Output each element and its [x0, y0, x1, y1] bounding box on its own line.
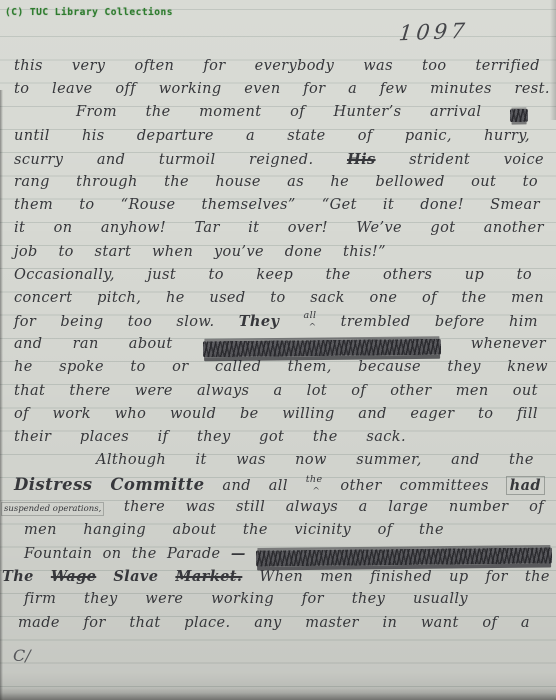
manuscript-word: he	[330, 174, 349, 190]
inserted-word: all^	[304, 314, 317, 330]
manuscript-line: themto“Rousethemselves”“Getitdone!Smear	[14, 197, 540, 220]
manuscript-line: menhangingaboutthevicinityofthe	[24, 522, 444, 545]
manuscript-word: he	[14, 359, 33, 375]
manuscript-word: over!	[288, 220, 328, 236]
manuscript-word: whenever	[471, 336, 546, 352]
manuscript-word: just	[147, 267, 176, 283]
manuscript-word: and	[358, 406, 386, 422]
manuscript-word: arrival	[430, 104, 481, 120]
manuscript-word: because	[358, 359, 421, 375]
manuscript-word: to	[58, 244, 73, 260]
manuscript-word: too	[128, 314, 153, 330]
insertion-caret: ^	[312, 487, 320, 497]
manuscript-word: even	[244, 81, 280, 97]
paper-edge-shadow-left	[0, 90, 3, 700]
manuscript-word: Smear	[490, 197, 540, 213]
manuscript-line: rangthroughthehouseashebellowedoutto	[14, 174, 538, 197]
manuscript-word: out	[513, 383, 538, 399]
manuscript-word: still	[236, 499, 265, 515]
manuscript-line: itonanyhow!Taritover!We’vegotanother	[14, 220, 544, 243]
manuscript-word: for	[303, 81, 325, 97]
manuscript-word: they	[84, 591, 118, 607]
manuscript-word: it	[383, 197, 394, 213]
manuscript-word: Although	[96, 452, 166, 468]
manuscript-word: would	[170, 406, 216, 422]
manuscript-word: a	[274, 383, 283, 399]
manuscript-line: concertpitch,heusedtosackoneofthemen	[14, 290, 544, 313]
page-number: 1097	[397, 19, 469, 46]
manuscript-word: bellowed	[375, 174, 444, 190]
manuscript-word: always	[286, 499, 338, 515]
manuscript-word: off	[115, 81, 136, 97]
manuscript-word: it	[196, 452, 207, 468]
manuscript-word: of	[14, 406, 29, 422]
manuscript-word: minutes	[430, 81, 492, 97]
manuscript-word: Distress	[14, 475, 92, 494]
manuscript-word: everybody	[255, 58, 335, 74]
manuscript-word: Hunter’s	[334, 104, 402, 120]
manuscript-line: andranaboutwhenever	[14, 336, 546, 359]
manuscript-word: rang	[14, 174, 50, 190]
manuscript-word: sack	[310, 290, 345, 306]
manuscript-word: Tar	[194, 220, 219, 236]
manuscript-line: Occasionally,justtokeeptheothersupto	[14, 267, 532, 290]
manuscript-word: to	[517, 267, 532, 283]
manuscript-word: the	[462, 290, 487, 306]
inserted-word: the^	[306, 478, 323, 494]
manuscript-word: Slave	[113, 568, 158, 585]
manuscript-word: done	[285, 244, 323, 260]
manuscript-word: of	[351, 383, 366, 399]
manuscript-word: be	[240, 406, 259, 422]
manuscript-word: moment	[199, 104, 261, 120]
manuscript-word: was	[363, 58, 393, 74]
manuscript-word: they	[197, 429, 231, 445]
insertion-caret: ^	[309, 323, 317, 333]
manuscript-word: Market.	[175, 568, 242, 585]
manuscript-line: DistressCommitteandallthe^othercommittee…	[14, 475, 544, 498]
manuscript-word: out	[471, 174, 496, 190]
manuscript-word: want	[421, 615, 459, 631]
manuscript-word: a	[246, 128, 255, 144]
manuscript-line: theirplacesiftheygotthesack.	[14, 429, 406, 452]
manuscript-word: one	[369, 290, 397, 306]
manuscript-word: him	[509, 314, 538, 330]
manuscript-line: ofworkwhowouldbewillingandeagertofill	[14, 406, 538, 429]
manuscript-word: always	[197, 383, 249, 399]
manuscript-word: there	[69, 383, 110, 399]
manuscript-line: suspended operations,therewasstillalways…	[2, 499, 544, 522]
manuscript-word: hanging	[83, 522, 146, 538]
manuscript-word: anyhow!	[101, 220, 166, 236]
manuscript-word: concert	[14, 290, 72, 306]
manuscript-word: themselves”	[202, 197, 296, 213]
manuscript-word: “Get	[322, 197, 357, 213]
manuscript-word: men	[320, 569, 353, 585]
manuscript-line: thattherewerealwaysalotofothermenout	[14, 383, 538, 406]
manuscript-word: were	[135, 383, 173, 399]
manuscript-word: about	[173, 522, 217, 538]
manuscript-word: too	[422, 58, 447, 74]
inserted-phrase: had	[507, 477, 544, 494]
manuscript-word: they	[352, 591, 386, 607]
manuscript-word: they	[447, 359, 481, 375]
manuscript-word: start	[95, 244, 132, 260]
manuscript-word: other	[390, 383, 431, 399]
manuscript-word: voice	[504, 152, 544, 168]
manuscript-word: or	[172, 359, 188, 375]
manuscript-line: FountainontheParade—	[24, 545, 552, 568]
manuscript-word: pitch,	[97, 290, 141, 306]
manuscript-word: for	[14, 314, 36, 330]
manuscript-word: were	[145, 591, 183, 607]
manuscript-word: Wage	[51, 568, 96, 585]
manuscript-word: and	[451, 452, 479, 468]
manuscript-word: His	[347, 151, 376, 168]
manuscript-word: done!	[420, 197, 464, 213]
manuscript-word: the	[525, 569, 550, 585]
manuscript-word: job	[14, 244, 38, 260]
manuscript-word: the	[509, 452, 534, 468]
manuscript-word: used	[209, 290, 245, 306]
manuscript-word: From	[76, 104, 117, 120]
manuscript-word: to	[79, 197, 94, 213]
manuscript-word: of	[422, 290, 437, 306]
manuscript-page: (C) TUC Library Collections 1097 thisver…	[0, 0, 556, 700]
manuscript-word: the	[146, 104, 171, 120]
manuscript-word: was	[236, 452, 266, 468]
manuscript-word: made	[18, 615, 60, 631]
manuscript-word: up	[449, 569, 468, 585]
manuscript-word: before	[435, 314, 485, 330]
manuscript-word: that	[129, 615, 160, 631]
library-watermark: (C) TUC Library Collections	[5, 7, 173, 18]
manuscript-word: eager	[410, 406, 454, 422]
manuscript-word: leave	[52, 81, 93, 97]
manuscript-word: usually	[413, 591, 468, 607]
manuscript-word: for	[203, 58, 225, 74]
manuscript-word: a	[521, 615, 530, 631]
manuscript-word: the	[419, 522, 444, 538]
manuscript-word: for	[486, 569, 508, 585]
manuscript-word: Committe	[110, 475, 204, 494]
manuscript-word: for	[302, 591, 324, 607]
manuscript-word: in	[382, 615, 397, 631]
manuscript-word: got	[259, 429, 284, 445]
manuscript-word: keep	[256, 267, 293, 283]
manuscript-word: other	[340, 478, 381, 494]
manuscript-word: who	[115, 406, 147, 422]
manuscript-word: rest.	[515, 81, 550, 97]
manuscript-word: firm	[24, 591, 56, 607]
manuscript-word: up	[465, 267, 484, 283]
inserted-phrase: suspended operations,	[2, 503, 103, 515]
manuscript-word: strident	[409, 152, 470, 168]
manuscript-word: a	[348, 81, 357, 97]
manuscript-word: it	[14, 220, 25, 236]
manuscript-word: departure	[137, 128, 214, 144]
manuscript-line: FromthemomentofHunter’sarrival	[76, 104, 528, 127]
manuscript-word: on	[103, 546, 122, 562]
manuscript-word: got	[430, 220, 455, 236]
manuscript-word: committees	[400, 478, 489, 494]
manuscript-word: them,	[288, 359, 332, 375]
manuscript-word: few	[380, 81, 408, 97]
manuscript-word: he	[166, 290, 185, 306]
manuscript-word: until	[14, 128, 50, 144]
manuscript-word: sack.	[366, 429, 406, 445]
manuscript-word: spoke	[59, 359, 104, 375]
manuscript-word: panic,	[405, 128, 452, 144]
manuscript-text: thisveryoftenforeverybodywastooterrified…	[0, 58, 556, 638]
crossed-out-scribble	[256, 547, 552, 566]
manuscript-word: you’ve	[214, 244, 264, 260]
manuscript-word: men	[24, 522, 57, 538]
manuscript-word: knew	[507, 359, 548, 375]
manuscript-word: master	[305, 615, 359, 631]
manuscript-word: hurry,	[484, 128, 530, 144]
manuscript-word: if	[158, 429, 169, 445]
manuscript-word: terrified	[476, 58, 540, 74]
manuscript-word: We’ve	[356, 220, 402, 236]
crossed-out-scribble	[203, 339, 441, 357]
manuscript-word: and	[97, 152, 125, 168]
manuscript-word: state	[287, 128, 325, 144]
manuscript-word: trembled	[341, 314, 411, 330]
manuscript-word: the	[243, 522, 268, 538]
manuscript-word: of	[482, 615, 497, 631]
manuscript-word: to	[209, 267, 224, 283]
manuscript-line: hespoketoorcalledthem,becausetheyknew	[14, 359, 548, 382]
manuscript-word: slow.	[176, 314, 214, 330]
manuscript-word: being	[60, 314, 103, 330]
manuscript-word: others	[383, 267, 432, 283]
manuscript-word: and	[222, 478, 250, 494]
manuscript-word: called	[215, 359, 261, 375]
paper-edge-shadow-right	[550, 0, 556, 120]
manuscript-line: toleaveoffworkingevenforafewminutesrest.	[14, 81, 550, 104]
manuscript-word: often	[134, 58, 174, 74]
manuscript-line: TheWageSlaveMarket.Whenmenfinishedupfort…	[2, 568, 550, 591]
manuscript-word: of	[378, 522, 393, 538]
manuscript-word: vicinity	[294, 522, 351, 538]
manuscript-word: turmoil	[159, 152, 216, 168]
manuscript-word: through	[76, 174, 138, 190]
manuscript-line: Althoughitwasnowsummer,andthe	[96, 452, 534, 475]
manuscript-word: large	[388, 499, 428, 515]
manuscript-word: this	[14, 58, 43, 74]
manuscript-word: The	[2, 568, 34, 585]
manuscript-word: this!”	[343, 244, 386, 260]
manuscript-word: scurry	[14, 152, 63, 168]
manuscript-word: places	[80, 429, 129, 445]
manuscript-word: finished	[370, 569, 432, 585]
manuscript-line: madeforthatplace.anymasterinwantofa	[18, 615, 530, 638]
manuscript-word: —	[231, 545, 246, 562]
manuscript-word: to	[14, 81, 29, 97]
folio-mark: C/	[13, 646, 31, 665]
manuscript-word: of	[358, 128, 373, 144]
paper-edge-shadow-bottom	[0, 688, 556, 700]
manuscript-word: now	[295, 452, 327, 468]
manuscript-word: it	[248, 220, 259, 236]
manuscript-word: Fountain	[24, 546, 92, 562]
manuscript-word: Parade	[167, 546, 221, 562]
manuscript-word: his	[82, 128, 105, 144]
manuscript-word: working	[159, 81, 222, 97]
manuscript-word: reigned.	[249, 152, 313, 168]
manuscript-word: “Rouse	[121, 197, 176, 213]
manuscript-word: to	[130, 359, 145, 375]
manuscript-word: house	[215, 174, 260, 190]
manuscript-word: lot	[307, 383, 327, 399]
manuscript-line: jobtostartwhenyou’vedonethis!”	[14, 244, 386, 267]
manuscript-word: on	[54, 220, 73, 236]
manuscript-word: to	[523, 174, 538, 190]
manuscript-word: of	[290, 104, 305, 120]
manuscript-word: ran	[73, 336, 99, 352]
manuscript-word: men	[456, 383, 489, 399]
manuscript-line: forbeingtooslow.Theyall^trembledbeforehi…	[14, 313, 538, 336]
manuscript-word: all	[269, 478, 288, 494]
manuscript-word: was	[186, 499, 216, 515]
manuscript-word: a	[359, 499, 368, 515]
manuscript-word: them	[14, 197, 53, 213]
manuscript-word: and	[14, 336, 42, 352]
manuscript-word: for	[84, 615, 106, 631]
manuscript-word: They	[239, 313, 280, 330]
manuscript-line: thisveryoftenforeverybodywastooterrified	[14, 58, 540, 81]
manuscript-line: firmtheywereworkingfortheyusually	[24, 591, 468, 614]
manuscript-word: When	[259, 569, 303, 585]
manuscript-word: their	[14, 429, 51, 445]
manuscript-word: about	[129, 336, 173, 352]
manuscript-word: the	[326, 267, 351, 283]
manuscript-line: scurryandturmoilreigned.Hisstridentvoice	[14, 151, 544, 174]
manuscript-word: as	[287, 174, 304, 190]
crossed-out-scribble	[510, 109, 528, 122]
manuscript-word: very	[72, 58, 106, 74]
manuscript-word: the	[164, 174, 189, 190]
manuscript-word: of	[529, 499, 544, 515]
manuscript-word: summer,	[356, 452, 422, 468]
manuscript-word: place.	[184, 615, 230, 631]
manuscript-word: that	[14, 383, 45, 399]
manuscript-line: untilhisdepartureastateofpanic,hurry,	[14, 128, 530, 151]
manuscript-word: the	[132, 546, 157, 562]
manuscript-word: working	[211, 591, 274, 607]
manuscript-word: Occasionally,	[14, 267, 115, 283]
manuscript-word: to	[270, 290, 285, 306]
manuscript-word: when	[152, 244, 193, 260]
manuscript-word: to	[478, 406, 493, 422]
manuscript-word: number	[449, 499, 509, 515]
manuscript-word: another	[484, 220, 544, 236]
manuscript-word: willing	[282, 406, 334, 422]
manuscript-word: any	[254, 615, 281, 631]
manuscript-word: there	[124, 499, 165, 515]
manuscript-word: the	[313, 429, 338, 445]
manuscript-word: men	[511, 290, 544, 306]
manuscript-word: work	[53, 406, 91, 422]
manuscript-word: fill	[517, 406, 538, 422]
